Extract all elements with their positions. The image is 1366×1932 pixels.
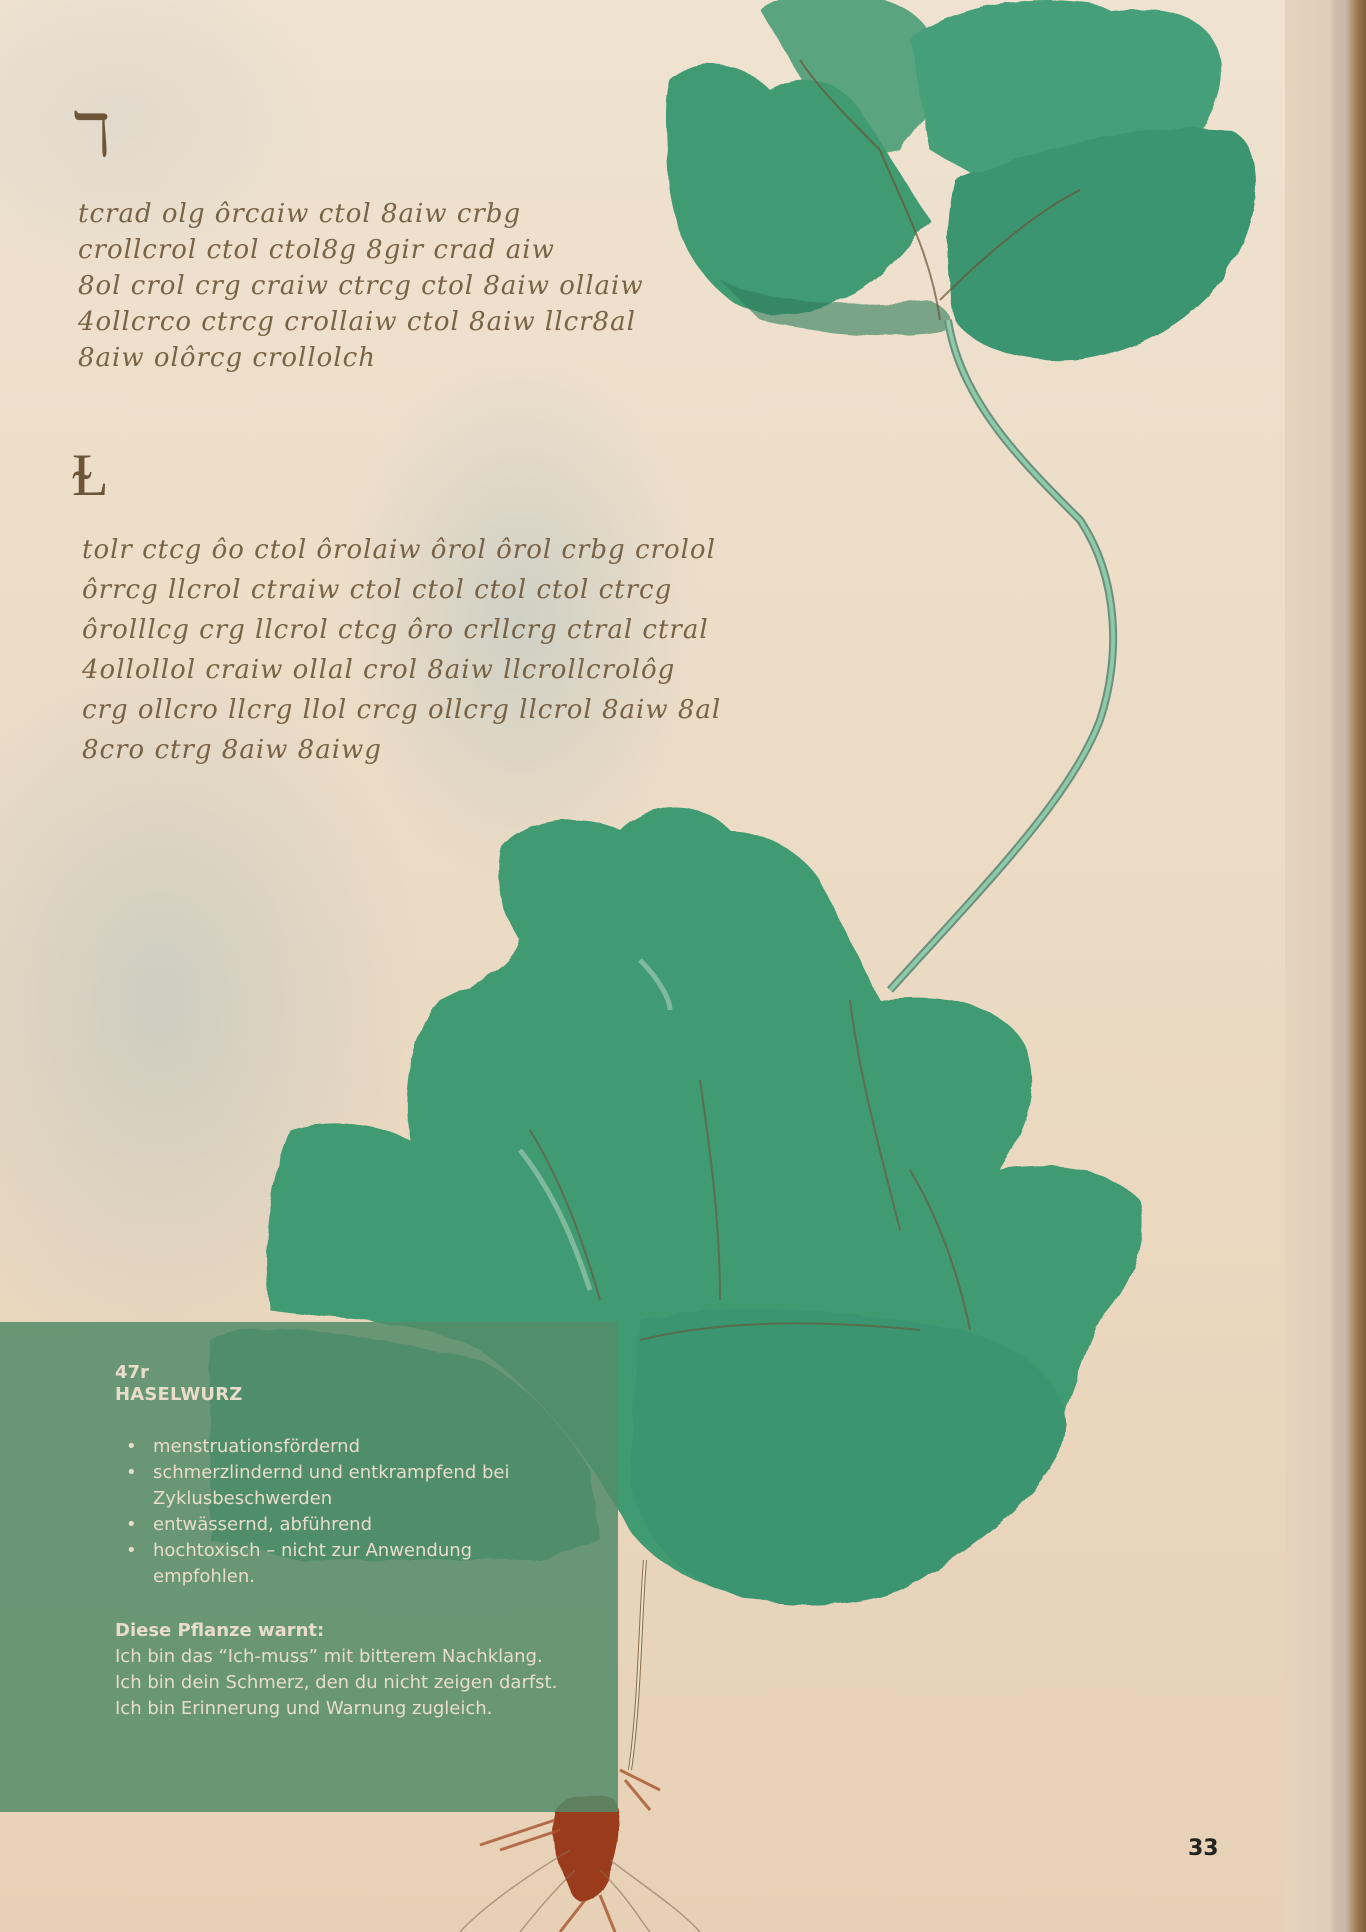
- manuscript-line: crg ollcro llcrg llol crcg ollcrg llcrol…: [82, 690, 721, 730]
- manuscript-text-block-2: tolr ctcg ôo ctol ôrolaiw ôrol ôrol crbg…: [82, 530, 721, 770]
- manuscript-line: tcrad olg ôrcaiw ctol 8aiw crbg: [78, 196, 644, 232]
- manuscript-line: 4ollcrco ctrcg crollaiw ctol 8aiw llcr8a…: [78, 304, 644, 340]
- manuscript-line: 8ol crol crg craiw ctrcg ctol 8aiw ollai…: [78, 268, 644, 304]
- manuscript-line: 4ollollol craiw ollal crol 8aiw llcrollc…: [82, 650, 721, 690]
- manuscript-text-block-1: tcrad olg ôrcaiw ctol 8aiw crbg crollcro…: [78, 196, 644, 376]
- property-item: • menstruationsfördernd: [115, 1434, 543, 1460]
- manuscript-line: tolr ctcg ôo ctol ôrolaiw ôrol ôrol crbg…: [82, 530, 721, 570]
- upper-leaves: [666, 0, 1256, 361]
- manuscript-line: ôrolllcg crg llcrol ctcg ôro crllcrg ctr…: [82, 610, 721, 650]
- property-item: • hochtoxisch – nicht zur Anwendung empf…: [115, 1538, 543, 1590]
- property-text: menstruationsfördernd: [153, 1436, 360, 1457]
- property-text: hochtoxisch – nicht zur Anwendung empfoh…: [153, 1540, 472, 1587]
- plant-name-heading: HASELWURZ: [115, 1384, 618, 1406]
- warning-text: Ich bin das “Ich-muss” mit bitterem Nach…: [115, 1644, 565, 1722]
- warning-title: Diese Pflanze warnt:: [115, 1618, 618, 1644]
- plant-info-box: 47r HASELWURZ • menstruationsfördernd • …: [0, 1322, 618, 1812]
- page-number: 33: [1188, 1836, 1219, 1861]
- property-text: schmerzlindernd und entkrampfend bei Zyk…: [153, 1462, 509, 1509]
- manuscript-line: 8cro ctrg 8aiw 8aiwg: [82, 730, 721, 770]
- bullet-icon: •: [126, 1512, 137, 1538]
- bullet-icon: •: [126, 1460, 137, 1486]
- manuscript-line: crollcrol ctol ctol8g 8gir crad aiw: [78, 232, 644, 268]
- folio-number: 47r: [115, 1362, 618, 1384]
- property-item: • schmerzlindernd und entkrampfend bei Z…: [115, 1460, 543, 1512]
- plant-properties-list: • menstruationsfördernd • schmerzlindern…: [115, 1434, 618, 1590]
- manuscript-initial-2: Ɫ: [72, 440, 109, 510]
- plant-stem: [890, 320, 1113, 990]
- bullet-icon: •: [126, 1434, 137, 1460]
- property-text: entwässernd, abführend: [153, 1514, 372, 1535]
- manuscript-initial-1: ℸ: [72, 100, 111, 170]
- manuscript-line: 8aiw olôrcg crollolch: [78, 340, 644, 376]
- manuscript-line: ôrrcg llcrol ctraiw ctol ctol ctol ctol …: [82, 570, 721, 610]
- property-item: • entwässernd, abführend: [115, 1512, 543, 1538]
- bullet-icon: •: [126, 1538, 137, 1564]
